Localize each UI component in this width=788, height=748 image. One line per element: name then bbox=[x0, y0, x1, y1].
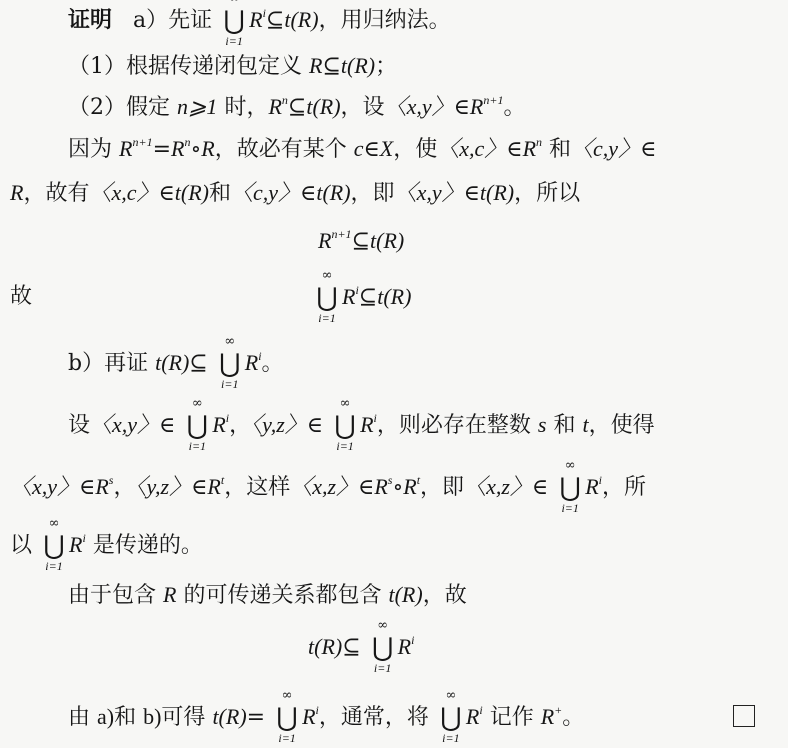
union-symbol: ∞⋃i=1 bbox=[223, 8, 245, 34]
display-eq-rn1: Rn+1⊆t(R) bbox=[318, 226, 404, 257]
proof-let-line: 设〈x,y〉∈ ∞⋃i=1Ri，〈y,z〉∈ ∞⋃i=1Ri，则必存在整数 s … bbox=[68, 410, 655, 441]
proof-step-1: （1）根据传递闭包定义 R⊆t(R)； bbox=[68, 51, 397, 82]
proof-step-2: （2）假定 n⩾1 时，Rn⊆t(R)，设〈x,y〉∈Rn+1。 bbox=[68, 92, 525, 123]
proof-part-a-heading: 证明 a）先证 ∞⋃i=1Ri⊆t(R)，用归纳法。 bbox=[68, 5, 451, 36]
proof-part-b-heading: b）再证 t(R)⊆ ∞⋃i=1Ri。 bbox=[68, 348, 284, 379]
qed-box-icon bbox=[733, 705, 755, 727]
proof-heading: 证明 bbox=[68, 8, 112, 33]
proof-because-line: 因为 Rn+1=Rn∘R，故必有某个 c∈X，使〈x,c〉∈Rn 和〈c,y〉∈ bbox=[68, 134, 656, 165]
proof-conclusion: 由 a)和 b)可得 t(R)= ∞⋃i=1Ri，通常，将 ∞⋃i=1Ri 记作… bbox=[68, 702, 584, 733]
proof-is-transitive: 以 ∞⋃i=1Ri 是传递的。 bbox=[10, 530, 203, 561]
proof-since-contain: 由于包含 R 的可传递关系都包含 t(R)，故 bbox=[68, 580, 467, 611]
proof-so-have-line: R，故有〈x,c〉∈t(R)和〈c,y〉∈t(R)，即〈x,y〉∈t(R)，所以 bbox=[10, 178, 580, 209]
display-eq-tr-subset-union: t(R)⊆ ∞⋃i=1Ri bbox=[308, 632, 414, 663]
display-eq-union-subset: 故 ∞⋃i=1Ri⊆t(R) bbox=[10, 282, 770, 312]
proof-thus-line: 〈x,y〉∈Rs，〈y,z〉∈Rt，这样〈x,z〉∈Rs∘Rt，即〈x,z〉∈ … bbox=[10, 472, 646, 503]
